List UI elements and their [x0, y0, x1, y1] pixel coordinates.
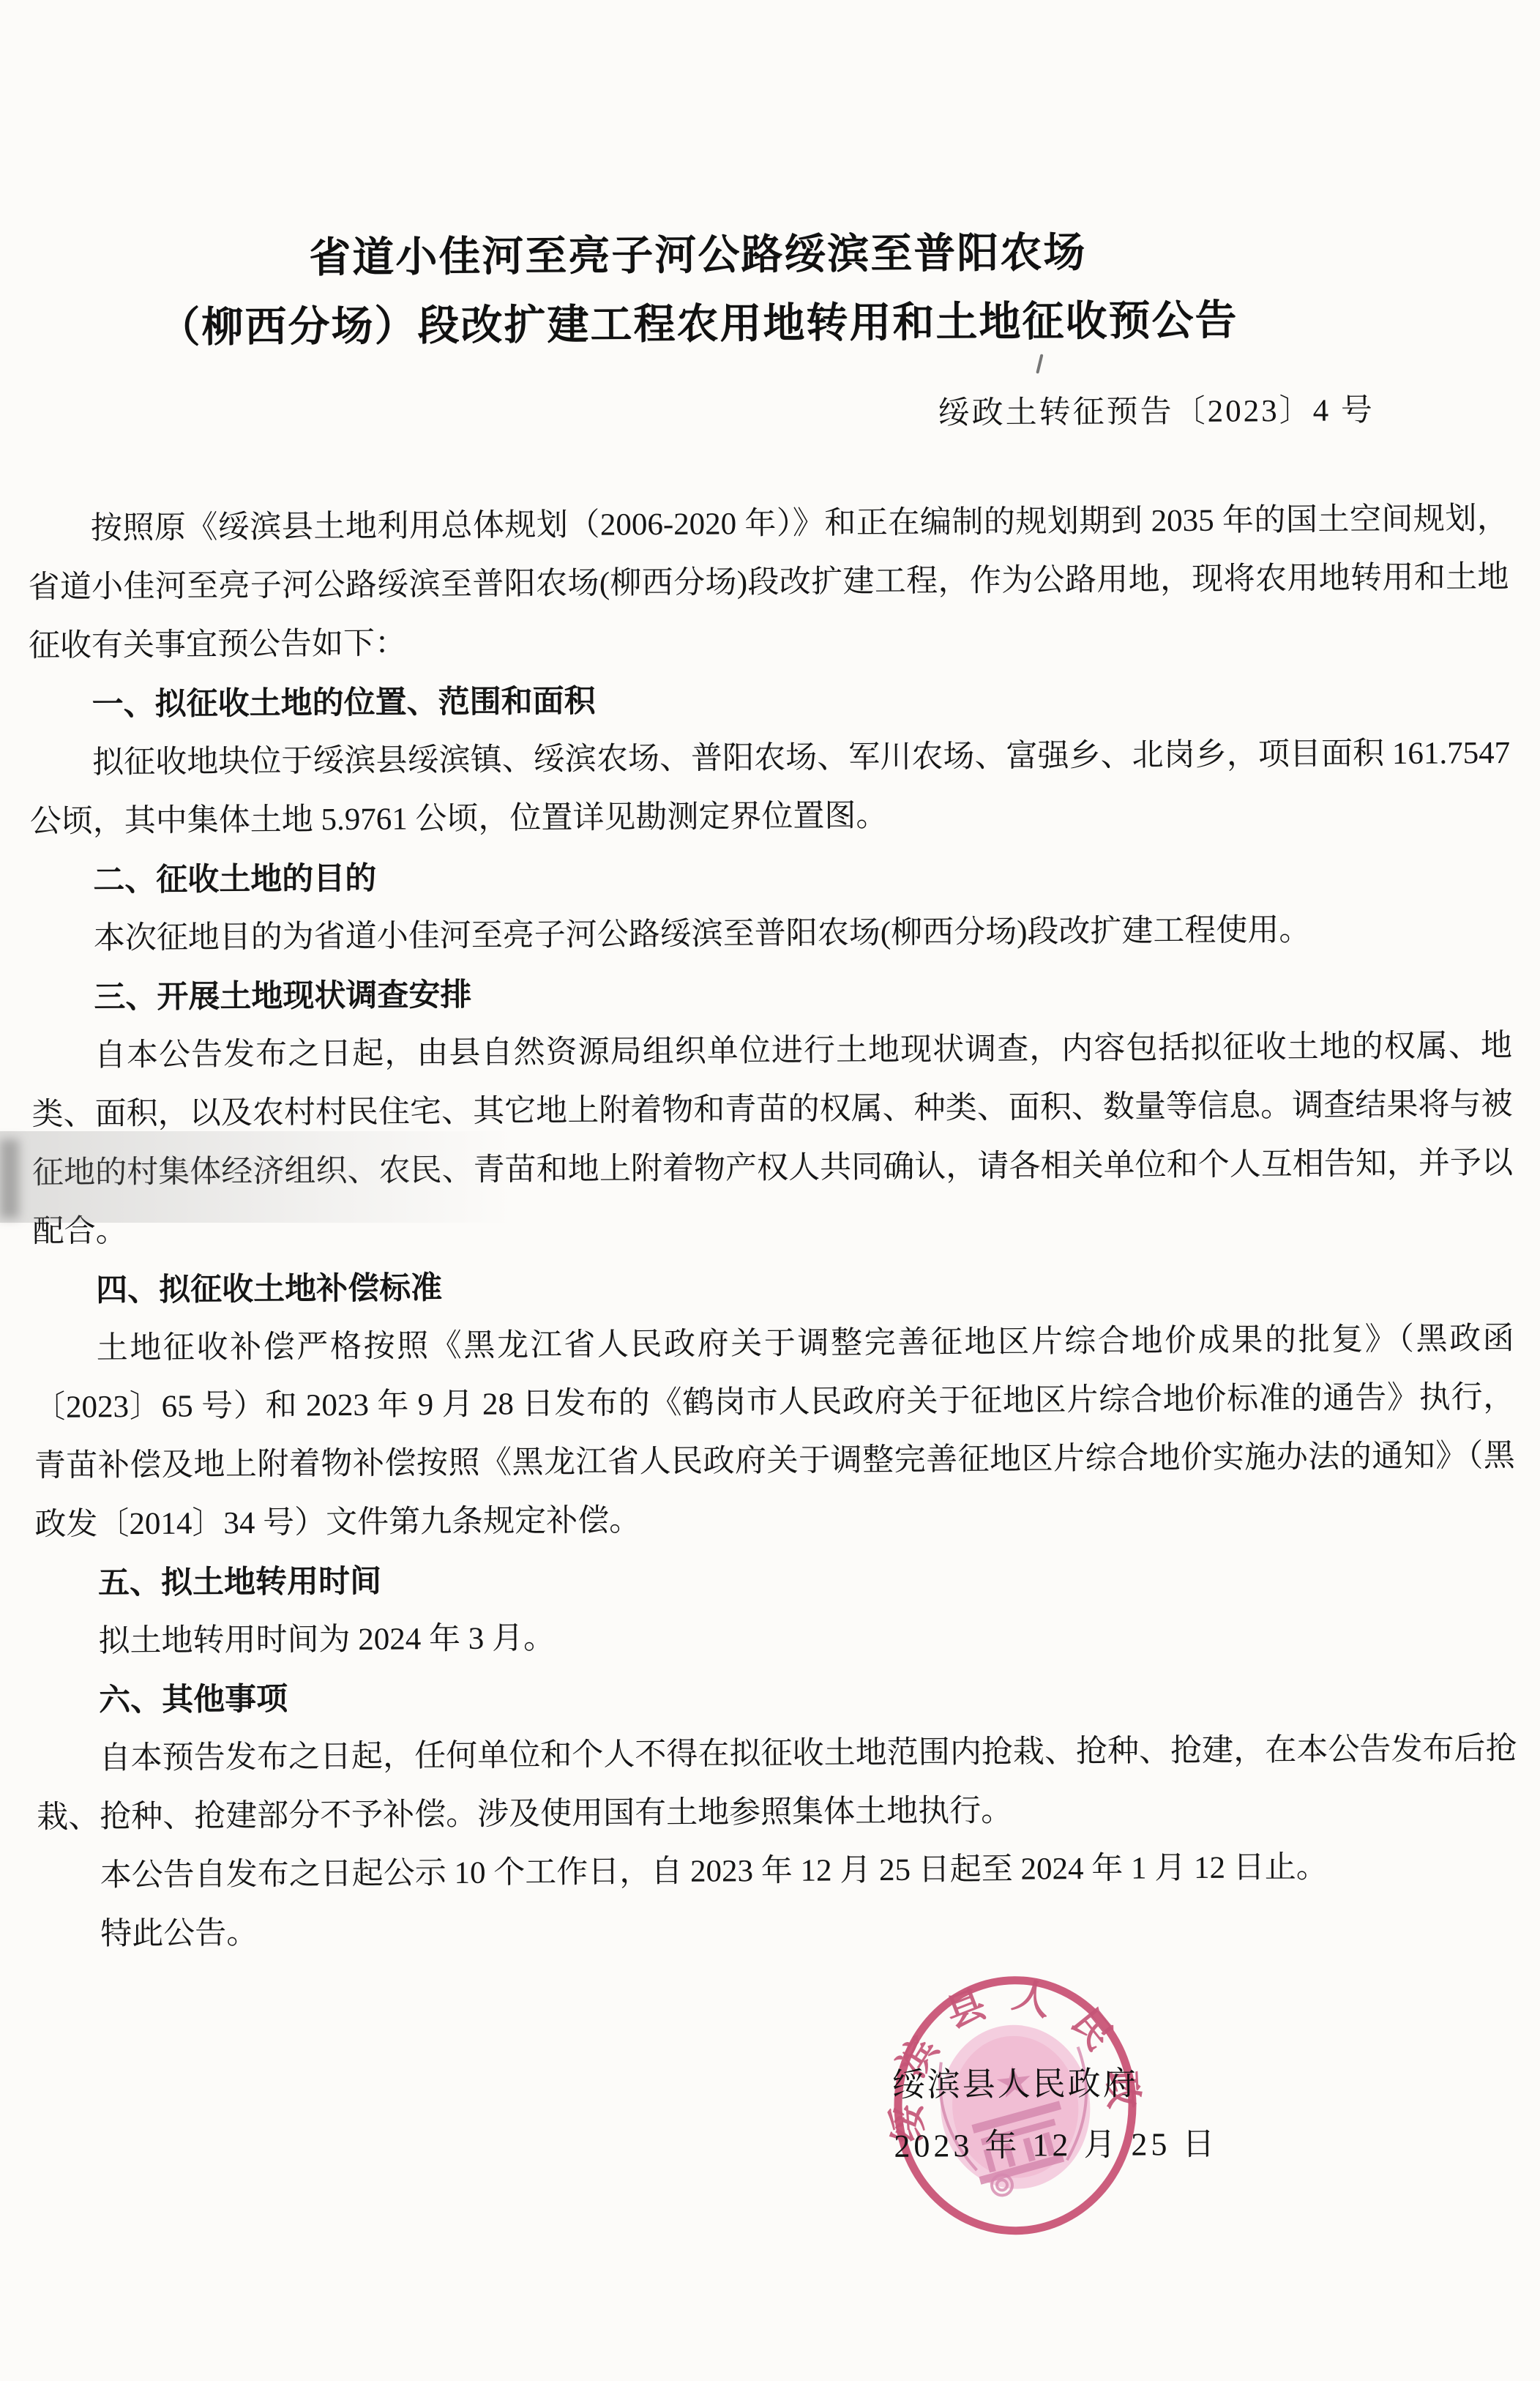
ink-speck — [1036, 354, 1043, 373]
document-body: 按照原《绥滨县土地利用总体规划（2006-2020 年）》和正在编制的规划期到 … — [28, 490, 1519, 1964]
section-heading: 五、拟土地转用时间 — [35, 1544, 1517, 1613]
body-paragraph: 自本公告发布之日起，由县自然资源局组织单位进行土地现状调查，内容包括拟征收土地的… — [31, 1017, 1514, 1262]
official-seal: 绥滨县人民政府 — [883, 1965, 1148, 2246]
body-paragraph: 拟征收地块位于绥滨县绥滨镇、绥滨农场、普阳农场、军川农场、富强乡、北岗乡，项目面… — [29, 724, 1511, 852]
body-paragraph: 特此公告。 — [37, 1896, 1519, 1964]
section-heading: 六、其他事项 — [36, 1661, 1517, 1730]
document-title-line1: 省道小佳河至亮子河公路绥滨至普阳农场 — [0, 217, 1401, 286]
section-heading: 二、征收土地的目的 — [30, 841, 1511, 910]
document-title-line2: （柳西分场）段改扩建工程农用地转用和土地征收预公告 — [0, 286, 1401, 355]
national-emblem-icon — [932, 2017, 1099, 2201]
scanned-content: 省道小佳河至亮子河公路绥滨至普阳农场 （柳西分场）段改扩建工程农用地转用和土地征… — [0, 0, 1540, 2381]
section-heading: 四、拟征收土地补偿标准 — [33, 1251, 1514, 1320]
issuer-name: 绥滨县人民政府 — [892, 2057, 1138, 2106]
body-paragraph: 自本预告发布之日起，任何单位和个人不得在拟征收土地范围内抢栽、抢种、抢建，在本公… — [36, 1720, 1517, 1847]
body-paragraph: 按照原《绥滨县土地利用总体规划（2006-2020 年）》和正在编制的规划期到 … — [28, 490, 1510, 676]
announcement-document: 省道小佳河至亮子河公路绥滨至普阳农场 （柳西分场）段改扩建工程农用地转用和土地征… — [0, 0, 1540, 2381]
body-paragraph: 本公告自发布之日起公示 10 个工作日，自 2023 年 12 月 25 日起至… — [37, 1837, 1519, 1906]
document-number: 绥政土转征预告〔2023〕4 号 — [938, 385, 1375, 433]
section-heading: 三、开展土地现状调查安排 — [31, 958, 1512, 1027]
body-paragraph: 土地征收补偿严格按照《黑龙江省人民政府关于调整完善征地区片综合地价成果的批复》（… — [33, 1310, 1515, 1554]
body-paragraph: 拟土地转用时间为 2024 年 3 月。 — [35, 1603, 1517, 1672]
section-heading: 一、拟征收土地的位置、范围和面积 — [29, 666, 1510, 734]
body-paragraph: 本次征地目的为省道小佳河至亮子河公路绥滨至普阳农场(柳西分场)段改扩建工程使用。 — [31, 900, 1512, 969]
issue-date: 2023 年 12 月 25 日 — [894, 2117, 1218, 2166]
